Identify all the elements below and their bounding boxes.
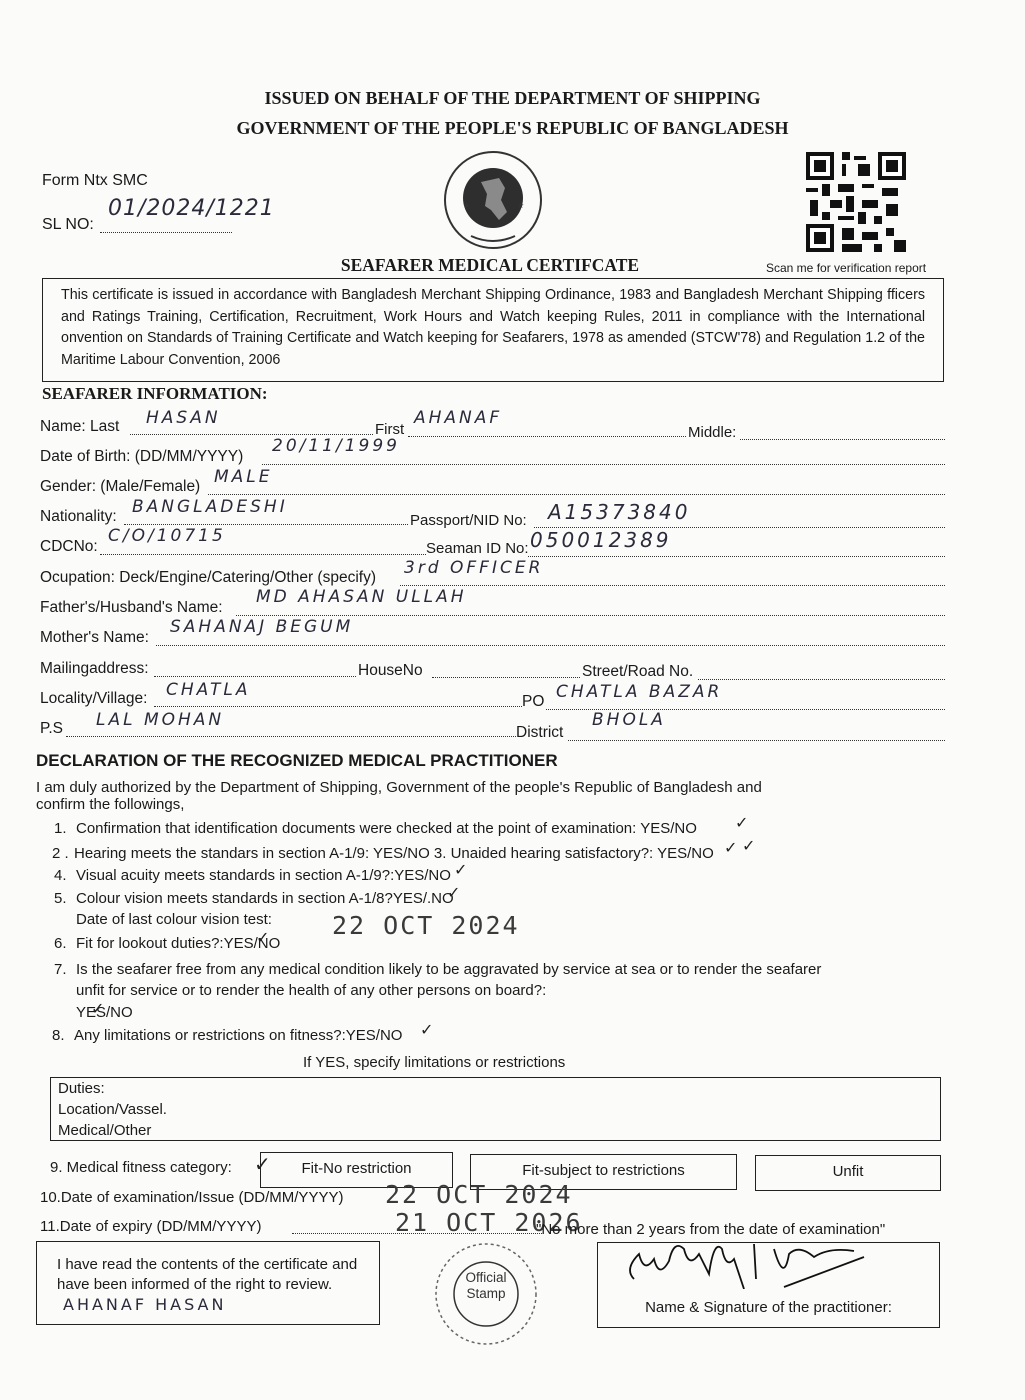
locality-label: Locality/Village:	[40, 690, 147, 708]
restrictions-caption: If YES, specify limitations or restricti…	[303, 1054, 565, 1071]
practitioner-label: Name & Signature of the practitioner:	[598, 1299, 939, 1316]
fitness-option-unfit[interactable]: Unfit	[755, 1155, 941, 1191]
item-text: Is the seafarer free from any medical co…	[76, 961, 821, 978]
declaration-item: 4.Visual acuity meets standards in secti…	[54, 867, 451, 884]
dob-label: Date of Birth: (DD/MM/YYYY)	[40, 448, 243, 466]
father-name-value: MD AHASAN ULLAH	[256, 587, 467, 607]
declaration-intro-1: I am duly authorized by the Department o…	[36, 779, 762, 796]
seaman-id-label: Seaman ID No:	[426, 540, 529, 557]
street-label: Street/Road No.	[582, 663, 693, 681]
district-value: BHOLA	[592, 710, 666, 730]
acknowledgement-box: I have read the contents of the certific…	[36, 1241, 380, 1325]
father-name-label: Father's/Husband's Name:	[40, 599, 223, 617]
exam-date-value: 22 OCT 2024	[385, 1180, 573, 1209]
form-number: Form Ntx SMC	[42, 172, 148, 190]
item-text: Visual acuity meets standards in section…	[76, 867, 451, 884]
practitioner-signature-box: Name & Signature of the practitioner:	[597, 1242, 940, 1328]
nationality-value: BANGLADESHI	[132, 497, 288, 517]
check-mark-icon: ✓	[91, 999, 104, 1018]
item-text: Any limitations or restrictions on fitne…	[74, 1027, 402, 1044]
middle-name-label: Middle:	[688, 424, 736, 441]
seaman-id-value: 050012389	[530, 528, 672, 552]
declaration-item: 1.Confirmation that identification docum…	[54, 820, 697, 837]
seafarer-signature: AHANAF HASAN	[63, 1295, 226, 1314]
qr-code-icon[interactable]	[806, 152, 906, 252]
house-no-label: HouseNo	[358, 662, 423, 680]
declaration-item: Date of last colour vision test:	[76, 911, 272, 928]
restrictions-box[interactable]: Duties: Location/Vassel. Medical/Other	[50, 1077, 941, 1141]
cdc-label: CDCNo:	[40, 538, 98, 556]
mother-name-label: Mother's Name:	[40, 629, 149, 647]
declaration-item: 8.Any limitations or restrictions on fit…	[52, 1027, 402, 1044]
intro-statement: This certificate is issued in accordance…	[42, 278, 944, 382]
occupation-label: Ocupation: Deck/Engine/Catering/Other (s…	[40, 569, 376, 587]
declaration-intro-2: confirm the followings,	[36, 796, 184, 813]
sl-value: 01/2024/1221	[108, 196, 275, 221]
sl-label: SL NO:	[42, 216, 94, 234]
last-name-value: HASAN	[146, 408, 221, 428]
mother-name-value: SAHANAJ BEGUM	[170, 617, 353, 637]
mailing-address-label: Mailingaddress:	[40, 660, 149, 678]
item-text: Colour vision meets standards in section…	[76, 890, 454, 907]
restriction-location: Location/Vassel.	[58, 1099, 933, 1120]
declaration-item: 5.Colour vision meets standards in secti…	[54, 890, 454, 907]
item-text: unfit for service or to render the healt…	[76, 982, 546, 999]
gender-value: MALE	[214, 467, 273, 487]
nationality-label: Nationality:	[40, 508, 117, 526]
gender-label: Gender: (Male/Female)	[40, 478, 200, 496]
police-station-value: LAL MOHAN	[96, 710, 224, 730]
declaration-item: unfit for service or to render the healt…	[76, 982, 546, 999]
check-mark-icon: ✓	[420, 1020, 433, 1039]
item-number: 4.	[54, 867, 76, 884]
declaration-title: DECLARATION OF THE RECOGNIZED MEDICAL PR…	[36, 751, 558, 771]
header-line-1: ISSUED ON BEHALF OF THE DEPARTMENT OF SH…	[0, 88, 1025, 109]
declaration-item: 7.Is the seafarer free from any medical …	[54, 961, 821, 978]
official-stamp: Official Stamp	[432, 1240, 540, 1348]
qr-caption: Scan me for verification report	[766, 261, 926, 275]
fitness-category-label: 9. Medical fitness category:	[50, 1159, 232, 1176]
svg-text:★: ★	[463, 201, 470, 210]
last-name-label: Name: Last	[40, 418, 119, 436]
colour-vision-test-date: 22 OCT 2024	[332, 911, 520, 940]
acknowledgement-text: I have read the contents of the certific…	[57, 1256, 357, 1293]
district-label: District	[516, 724, 563, 742]
item-text: Confirmation that identification documen…	[76, 820, 697, 837]
cdc-value: C/O/10715	[108, 526, 226, 546]
passport-value: A15373840	[548, 500, 690, 524]
passport-label: Passport/NID No:	[410, 512, 527, 529]
check-mark-icon: ✓	[742, 836, 755, 855]
check-mark-icon: ✓	[735, 813, 748, 832]
po-label: PO	[522, 693, 544, 711]
dob-value: 20/11/1999	[272, 436, 400, 456]
item-number: 7.	[54, 961, 76, 978]
restriction-duties: Duties:	[58, 1078, 933, 1099]
stamp-line-1: Official	[432, 1270, 540, 1286]
item-number: 1.	[54, 820, 76, 837]
restriction-medical: Medical/Other	[58, 1120, 933, 1141]
item-number: 8.	[52, 1027, 74, 1044]
item-text: Fit for lookout duties?:YES/NO	[76, 935, 280, 952]
exam-date-label: 10.Date of examination/Issue (DD/MM/YYYY…	[40, 1189, 343, 1206]
seafarer-section-title: SEAFARER INFORMATION:	[42, 384, 268, 404]
check-mark-icon: ✓	[724, 838, 737, 857]
signature-icon	[614, 1229, 904, 1289]
check-mark-icon: ✓	[447, 883, 460, 902]
item-number: 2 .	[52, 845, 74, 862]
government-seal-icon: ★ ★	[441, 148, 545, 252]
occupation-value: 3rd OFFICER	[404, 558, 543, 578]
stamp-line-2: Stamp	[432, 1286, 540, 1302]
item-number: 6.	[54, 935, 76, 952]
expiry-date-label: 11.Date of expiry (DD/MM/YYYY)	[40, 1218, 261, 1235]
svg-text:★: ★	[517, 201, 524, 210]
declaration-item: 2 .Hearing meets the standars in section…	[52, 845, 714, 862]
po-value: CHATLA BAZAR	[556, 682, 722, 702]
first-name-value: AHANAF	[414, 408, 502, 428]
item-number: 5.	[54, 890, 76, 907]
item-text: Date of last colour vision test:	[76, 911, 272, 928]
item-text: Hearing meets the standars in section A-…	[74, 845, 714, 862]
check-mark-icon: ✓	[256, 928, 269, 947]
police-station-label: P.S	[40, 720, 63, 738]
check-mark-icon: ✓	[454, 860, 467, 879]
header-line-2: GOVERNMENT OF THE PEOPLE'S REPUBLIC OF B…	[0, 118, 1025, 139]
declaration-item: 6.Fit for lookout duties?:YES/NO	[54, 935, 280, 952]
locality-value: CHATLA	[166, 680, 251, 700]
